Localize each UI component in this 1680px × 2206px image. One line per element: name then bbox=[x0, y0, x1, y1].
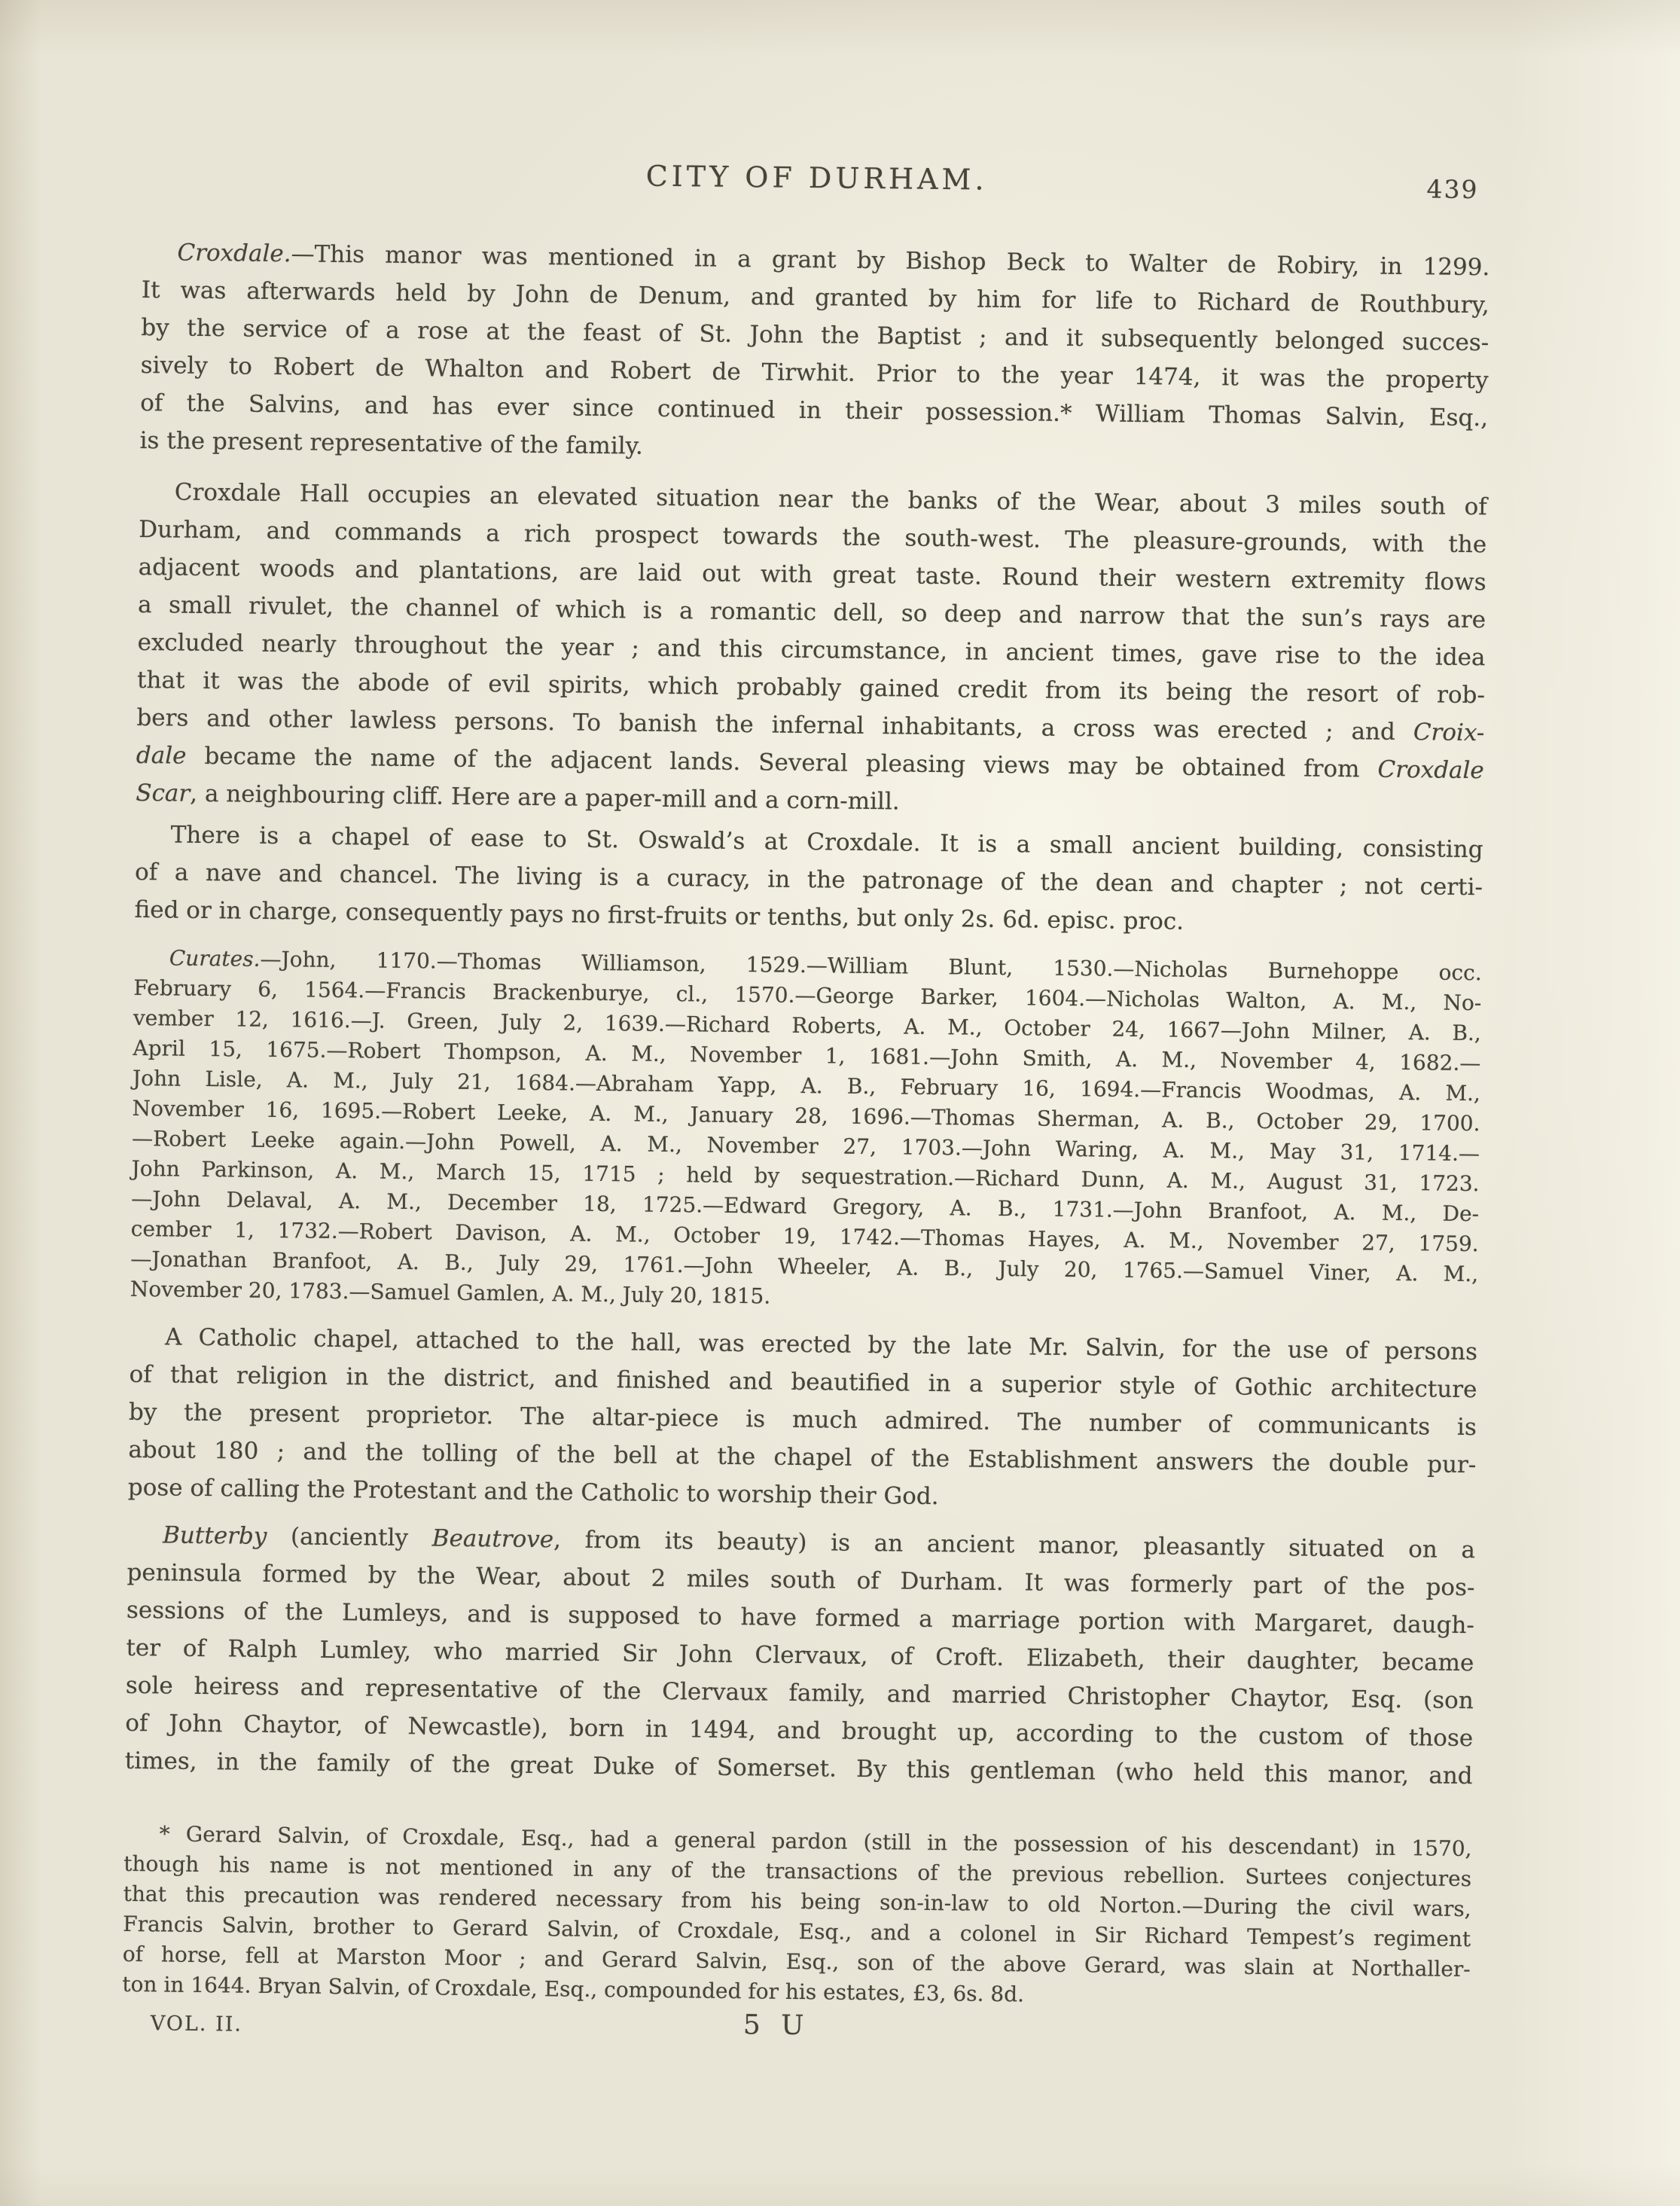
text-run: , a neighbouring cliff. Here are a paper… bbox=[190, 780, 900, 816]
paragraph-catholic-chapel: A Catholic chapel, attached to the hall,… bbox=[128, 1318, 1478, 1521]
italic-text: Butterby bbox=[163, 1521, 267, 1550]
italic-text: Beautrove bbox=[432, 1524, 554, 1553]
paragraph-butterby-manor: Butterby (anciently Beautrove, from its … bbox=[124, 1516, 1475, 1795]
paragraph-curates-list: Curates.—John, 1170.—Thomas Williamson, … bbox=[130, 943, 1482, 1320]
text-run: November 20, 1783.—Samuel Gamlen, A. M.,… bbox=[130, 1277, 771, 1309]
paragraph-croxdale-manor: Croxdale.—This manor was mentioned in a … bbox=[139, 233, 1489, 474]
text-run: fied or in charge, consequently pays no … bbox=[134, 896, 1184, 935]
running-header: CITY OF DURHAM. 439 bbox=[142, 151, 1491, 211]
italic-text: dale bbox=[136, 742, 187, 770]
text-run: pose of calling the Protestant and the C… bbox=[128, 1474, 939, 1510]
page-scan: CITY OF DURHAM. 439 Croxdale.—This manor… bbox=[0, 0, 1680, 2206]
paragraph-chapel-of-ease: There is a chapel of ease to St. Oswald’… bbox=[134, 816, 1483, 944]
footnote-gerard-salvin: * Gerard Salvin, of Croxdale, Esq., had … bbox=[122, 1819, 1472, 2015]
page-number: 439 bbox=[1426, 174, 1478, 204]
page-title: CITY OF DURHAM. bbox=[142, 151, 1490, 205]
italic-text: Croxdale. bbox=[177, 240, 291, 268]
signature-mark: 5 U bbox=[743, 2009, 810, 2041]
italic-text: Scar bbox=[136, 780, 190, 807]
italic-text: Curates. bbox=[169, 945, 261, 971]
text-block: CITY OF DURHAM. 439 Croxdale.—This manor… bbox=[122, 151, 1491, 2055]
paragraph-croxdale-hall: Croxdale Hall occupies an elevated situa… bbox=[136, 473, 1487, 827]
text-run: is the present representative of the fam… bbox=[139, 427, 643, 460]
italic-text: Croix- bbox=[1413, 719, 1485, 746]
text-run: (anciently bbox=[267, 1523, 432, 1552]
italic-text: Croxdale bbox=[1377, 756, 1484, 785]
text-run: , from its beauty) is an ancient manor, … bbox=[553, 1526, 1475, 1564]
volume-label: VOL. II. bbox=[151, 2012, 243, 2036]
